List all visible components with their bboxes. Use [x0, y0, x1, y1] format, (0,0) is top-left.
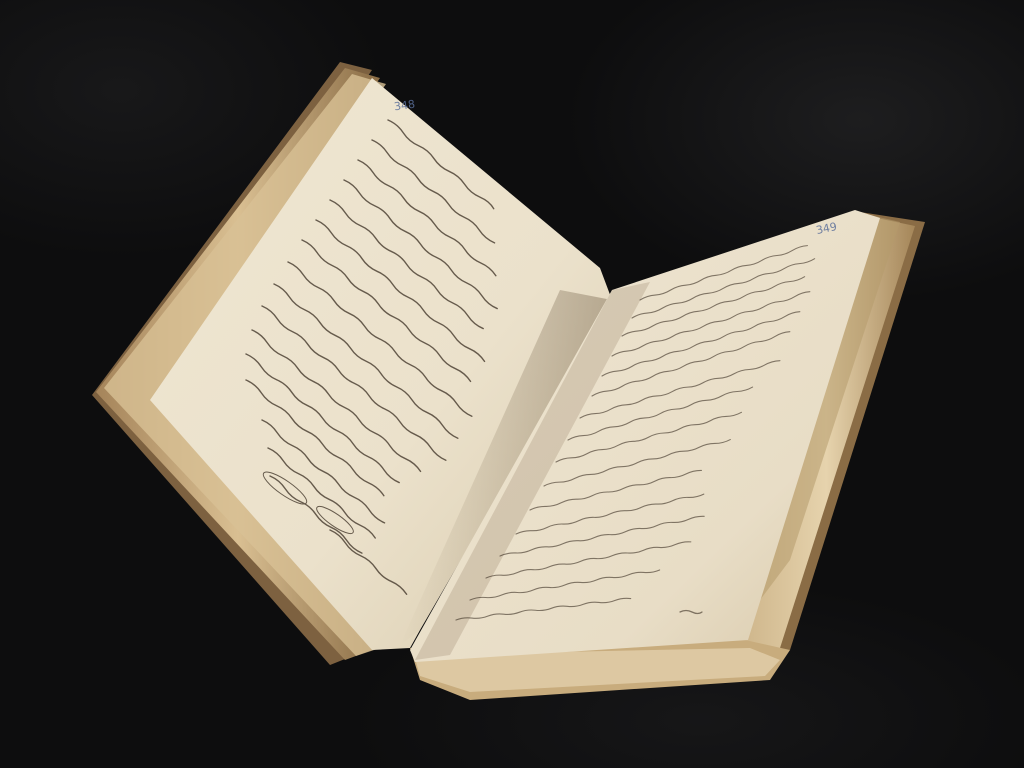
open-manuscript-book	[0, 0, 1024, 768]
photo-scene: 348 349	[0, 0, 1024, 768]
